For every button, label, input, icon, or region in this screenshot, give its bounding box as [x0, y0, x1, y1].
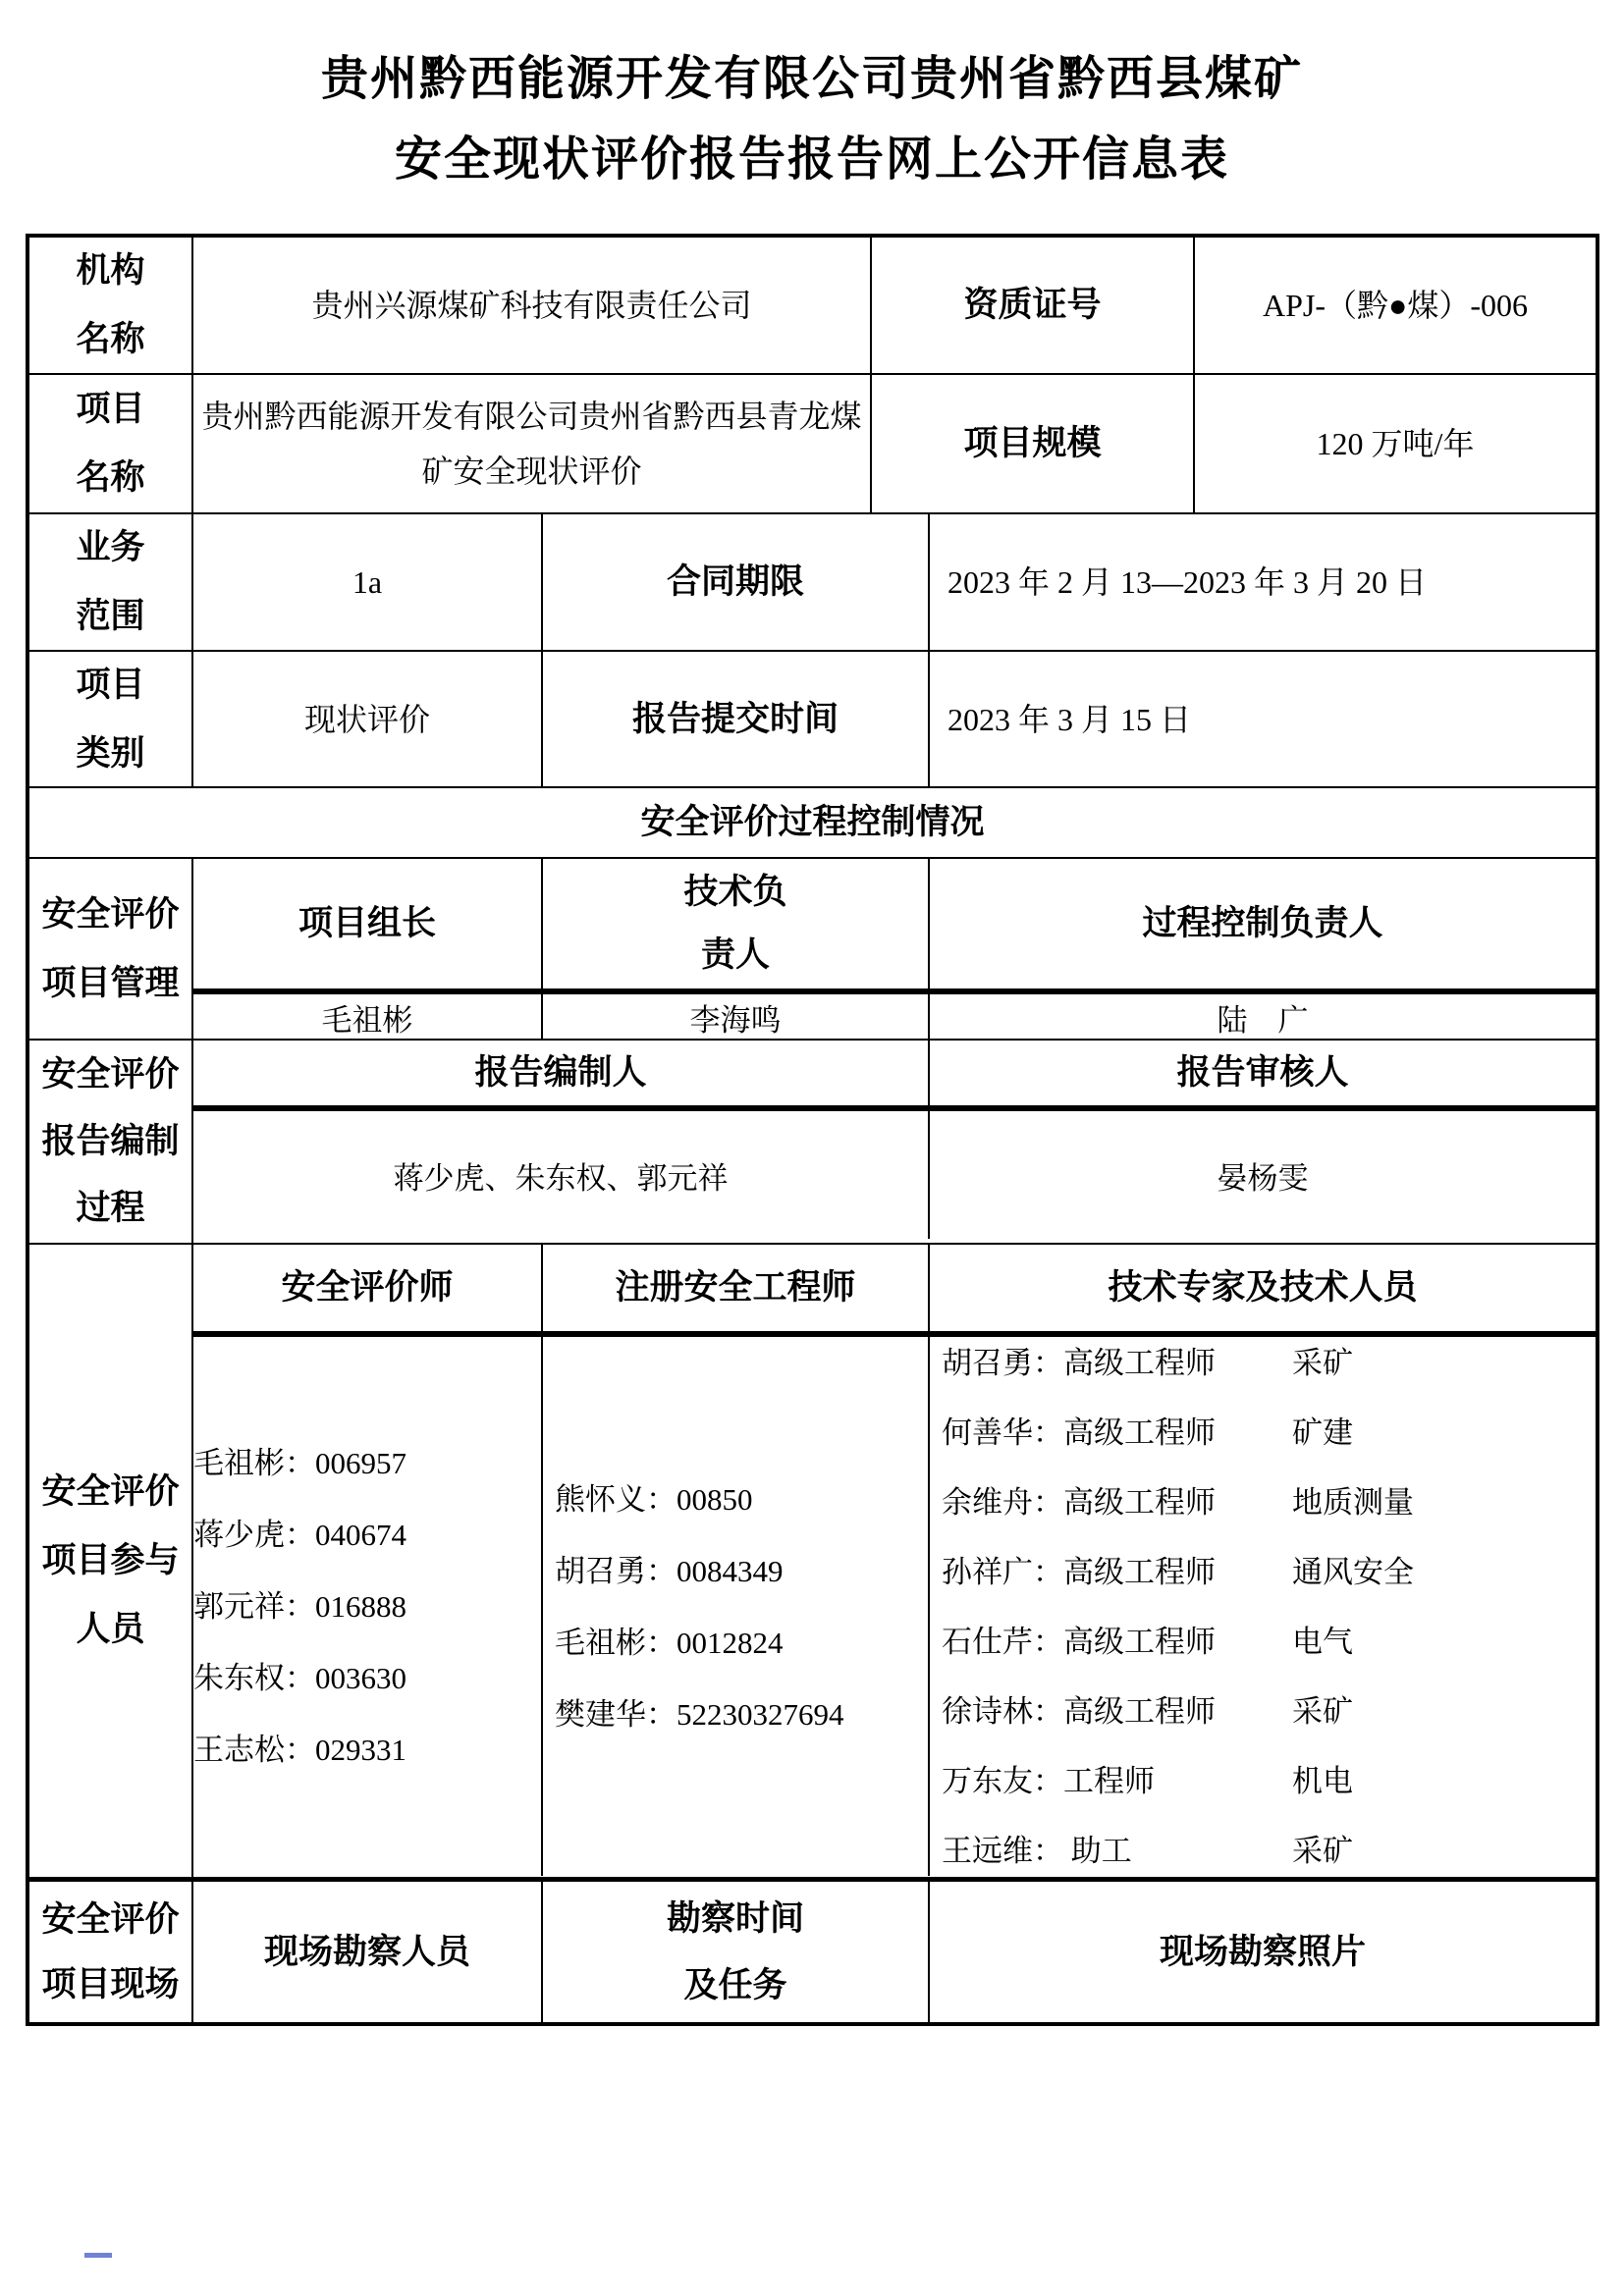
- compilation-label: 安全评价报告编制过程: [29, 1041, 193, 1243]
- survey-time-task-header: 勘察时间及任务: [543, 1882, 930, 2022]
- registered-engineer-list: 熊怀义：00850 胡召勇：0084349 毛祖彬：0012824 樊建华：52…: [543, 1337, 930, 1876]
- process-control-lead-header: 过程控制负责人: [930, 859, 1596, 988]
- compilation-right: 报告编制人 报告审核人 蒋少虎、朱东权、郭元祥 晏杨雯: [193, 1041, 1596, 1243]
- registered-engineer-header: 注册安全工程师: [543, 1245, 930, 1331]
- footer-artifact: [84, 2253, 112, 2258]
- management-names-row: 毛祖彬 李海鸣 陆 广: [193, 994, 1596, 1041]
- report-reviewer-name: 晏杨雯: [930, 1111, 1596, 1239]
- management-label: 安全评价项目管理: [29, 859, 193, 1039]
- contract-period-label: 合同期限: [543, 514, 930, 650]
- site-survey-photos-header: 现场勘察照片: [930, 1882, 1596, 2022]
- project-scale-label: 项目规模: [872, 375, 1195, 512]
- section-compilation: 安全评价报告编制过程 报告编制人 报告审核人 蒋少虎、朱东权、郭元祥 晏杨雯: [29, 1041, 1596, 1245]
- section-participants: 安全评价项目参与人员 安全评价师 注册安全工程师 技术专家及技术人员 毛祖彬：0…: [29, 1245, 1596, 1882]
- expert-entry: 王远维： 助工采矿: [942, 1816, 1353, 1877]
- participants-values-row: 毛祖彬：006957 蒋少虎：040674 郭元祥：016888 朱东权：003…: [193, 1337, 1596, 1876]
- project-type-value: 现状评价: [193, 652, 543, 786]
- team-leader-header: 项目组长: [193, 859, 543, 988]
- section-site: 安全评价项目现场 现场勘察人员 勘察时间及任务 现场勘察照片: [29, 1882, 1596, 2022]
- info-table: 机构名称 贵州兴源煤矿科技有限责任公司 资质证号 APJ-（黔●煤）-006 项…: [26, 234, 1599, 2026]
- row-organization: 机构名称 贵州兴源煤矿科技有限责任公司 资质证号 APJ-（黔●煤）-006: [29, 238, 1596, 375]
- engineer-entry: 樊建华：52230327694: [555, 1679, 844, 1750]
- experts-header: 技术专家及技术人员: [930, 1245, 1596, 1331]
- compilation-values-row: 蒋少虎、朱东权、郭元祥 晏杨雯: [193, 1111, 1596, 1239]
- participants-header-row: 安全评价师 注册安全工程师 技术专家及技术人员: [193, 1245, 1596, 1337]
- engineer-entry: 胡召勇：0084349: [555, 1535, 784, 1607]
- assessor-entry: 毛祖彬：006957: [193, 1427, 406, 1499]
- process-control-lead-name: 陆 广: [930, 994, 1596, 1041]
- compilation-header-row: 报告编制人 报告审核人: [193, 1041, 1596, 1111]
- tech-lead-header: 技术负责人: [543, 859, 930, 988]
- org-name-label: 机构名称: [29, 238, 193, 373]
- assessor-entry: 蒋少虎：040674: [193, 1499, 406, 1571]
- expert-entry: 何善华：高级工程师矿建: [942, 1398, 1353, 1468]
- safety-assessor-header: 安全评价师: [193, 1245, 543, 1331]
- row-process-control-header: 安全评价过程控制情况: [29, 788, 1596, 859]
- document-title: 贵州黔西能源开发有限公司贵州省黔西县煤矿 安全现状评价报告报告网上公开信息表: [0, 39, 1624, 200]
- row-project-type: 项目类别 现状评价 报告提交时间 2023 年 3 月 15 日: [29, 652, 1596, 788]
- assessor-entry: 郭元祥：016888: [193, 1571, 406, 1642]
- process-control-header: 安全评价过程控制情况: [29, 788, 1596, 857]
- assessor-entry: 朱东权：003630: [193, 1642, 406, 1714]
- management-right: 项目组长 技术负责人 过程控制负责人 毛祖彬 李海鸣 陆 广: [193, 859, 1596, 1039]
- title-line-2: 安全现状评价报告报告网上公开信息表: [0, 120, 1624, 200]
- business-scope-value: 1a: [193, 514, 543, 650]
- expert-entry: 石仕芹：高级工程师电气: [942, 1607, 1353, 1677]
- business-scope-label: 业务范围: [29, 514, 193, 650]
- section-management: 安全评价项目管理 项目组长 技术负责人 过程控制负责人 毛祖彬 李海鸣 陆 广: [29, 859, 1596, 1041]
- project-scale-value: 120 万吨/年: [1195, 375, 1596, 512]
- document-page: 贵州黔西能源开发有限公司贵州省黔西县煤矿 安全现状评价报告报告网上公开信息表 机…: [0, 0, 1624, 2296]
- project-type-label: 项目类别: [29, 652, 193, 786]
- participants-label: 安全评价项目参与人员: [29, 1245, 193, 1877]
- row-business-scope: 业务范围 1a 合同期限 2023 年 2 月 13—2023 年 3 月 20…: [29, 514, 1596, 652]
- org-name-value: 贵州兴源煤矿科技有限责任公司: [193, 238, 872, 373]
- site-survey-staff-header: 现场勘察人员: [193, 1882, 543, 2022]
- title-line-1: 贵州黔西能源开发有限公司贵州省黔西县煤矿: [0, 39, 1624, 120]
- engineer-entry: 熊怀义：00850: [555, 1464, 753, 1535]
- expert-entry: 徐诗林：高级工程师采矿: [942, 1677, 1353, 1746]
- expert-entry: 孙祥广：高级工程师通风安全: [942, 1537, 1414, 1607]
- contract-period-value: 2023 年 2 月 13—2023 年 3 月 20 日: [930, 514, 1596, 650]
- project-name-value: 贵州黔西能源开发有限公司贵州省黔西县青龙煤矿安全现状评价: [193, 375, 872, 512]
- expert-entry: 胡召勇：高级工程师采矿: [942, 1337, 1353, 1398]
- credential-no-label: 资质证号: [872, 238, 1195, 373]
- row-project-name: 项目名称 贵州黔西能源开发有限公司贵州省黔西县青龙煤矿安全现状评价 项目规模 1…: [29, 375, 1596, 514]
- safety-assessor-list: 毛祖彬：006957 蒋少虎：040674 郭元祥：016888 朱东权：003…: [193, 1337, 543, 1876]
- report-submit-time-label: 报告提交时间: [543, 652, 930, 786]
- report-writers-names: 蒋少虎、朱东权、郭元祥: [193, 1111, 930, 1239]
- project-name-label: 项目名称: [29, 375, 193, 512]
- assessor-entry: 王志松：029331: [193, 1714, 406, 1786]
- credential-no-value: APJ-（黔●煤）-006: [1195, 238, 1596, 373]
- participants-right: 安全评价师 注册安全工程师 技术专家及技术人员 毛祖彬：006957 蒋少虎：0…: [193, 1245, 1596, 1877]
- team-leader-name: 毛祖彬: [193, 994, 543, 1041]
- tech-lead-name: 李海鸣: [543, 994, 930, 1041]
- expert-entry: 余维舟：高级工程师地质测量: [942, 1468, 1414, 1537]
- experts-list: 胡召勇：高级工程师采矿 何善华：高级工程师矿建 余维舟：高级工程师地质测量 孙祥…: [930, 1337, 1596, 1876]
- report-submit-time-value: 2023 年 3 月 15 日: [930, 652, 1596, 786]
- report-reviewer-header: 报告审核人: [930, 1041, 1596, 1105]
- expert-entry: 万东友：工程师机电: [942, 1746, 1353, 1816]
- management-header-row: 项目组长 技术负责人 过程控制负责人: [193, 859, 1596, 994]
- site-label: 安全评价项目现场: [29, 1882, 193, 2022]
- report-writers-header: 报告编制人: [193, 1041, 930, 1105]
- engineer-entry: 毛祖彬：0012824: [555, 1607, 784, 1679]
